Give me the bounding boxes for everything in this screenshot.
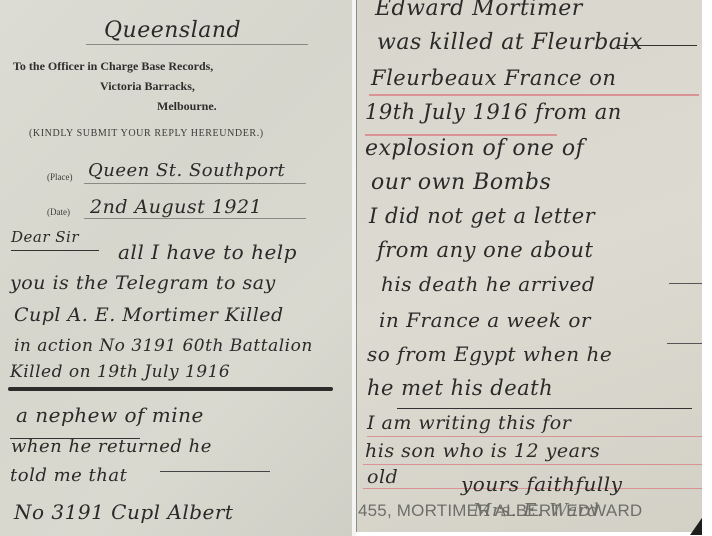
letter-line: was killed at Fleurbaix [377, 30, 643, 55]
red-rule [367, 436, 703, 437]
letter-line: I am writing this for [367, 412, 571, 434]
letter-line: old [367, 466, 398, 488]
letter-line: a nephew of mine [16, 403, 204, 427]
address-line-1: To the Officer in Charge Base Records, [13, 59, 213, 74]
letter-line: I did not get a letter [369, 204, 595, 228]
letter-line: when he returned he [11, 436, 212, 457]
strike-line [160, 471, 270, 472]
letter-line: told me that [10, 465, 127, 486]
strike-line [10, 438, 140, 439]
date-rule [84, 218, 306, 219]
letter-line: 19th July 1916 from an [365, 100, 622, 124]
letter-line: in France a week or [379, 308, 591, 332]
letter-page-left: Queensland To the Officer in Charge Base… [0, 0, 352, 536]
letter-line: Fleurbeaux France on [371, 66, 616, 90]
letter-line: you is the Telegram to say [10, 272, 276, 294]
record-caption: 455, MORTIMER ALBERT EDWARD [358, 501, 642, 521]
letter-line: our own Bombs [371, 170, 551, 195]
letter-line: his son who is 12 years [365, 440, 600, 462]
red-rule [363, 464, 703, 465]
reply-instruction: (KINDLY SUBMIT YOUR REPLY HEREUNDER.) [29, 128, 264, 139]
letter-page-right: Edward Mortimer was killed at Fleurbaix … [356, 0, 703, 532]
letter-line: Edward Mortimer [375, 0, 583, 21]
section-underline [397, 408, 692, 409]
letter-line: yours faithfully [461, 472, 622, 496]
red-underline [369, 94, 699, 96]
margin-tick [667, 343, 703, 344]
state-heading: Queensland [104, 18, 241, 43]
right-margin [702, 0, 712, 536]
letter-line: Killed on 19th July 1916 [10, 362, 230, 382]
date-label: (Date) [47, 207, 70, 217]
salutation-underline [11, 250, 99, 251]
letter-line: Cupl A. E. Mortimer Killed [14, 304, 284, 326]
salutation: Dear Sir [11, 228, 79, 246]
letter-line: all I have to help [118, 240, 297, 264]
letter-line: No 3191 Cupl Albert [14, 500, 233, 524]
letter-line: explosion of one of [365, 136, 584, 161]
place-label: (Place) [47, 172, 72, 182]
place-value: Queen St. Southport [88, 160, 285, 181]
letter-line: he met his death [367, 376, 553, 400]
letter-line: his death he arrived [381, 272, 595, 296]
address-line-3: Melbourne. [157, 99, 217, 114]
heading-rule [86, 44, 308, 45]
section-rule [8, 387, 333, 391]
place-rule [84, 183, 306, 184]
address-line-2: Victoria Barracks, [100, 79, 195, 94]
date-value: 2nd August 1921 [90, 196, 262, 218]
letter-line: so from Egypt when he [367, 342, 612, 366]
strike-line [617, 45, 697, 46]
margin-tick [669, 283, 703, 284]
letter-line: from any one about [377, 238, 593, 262]
letter-line: in action No 3191 60th Battalion [14, 336, 313, 356]
